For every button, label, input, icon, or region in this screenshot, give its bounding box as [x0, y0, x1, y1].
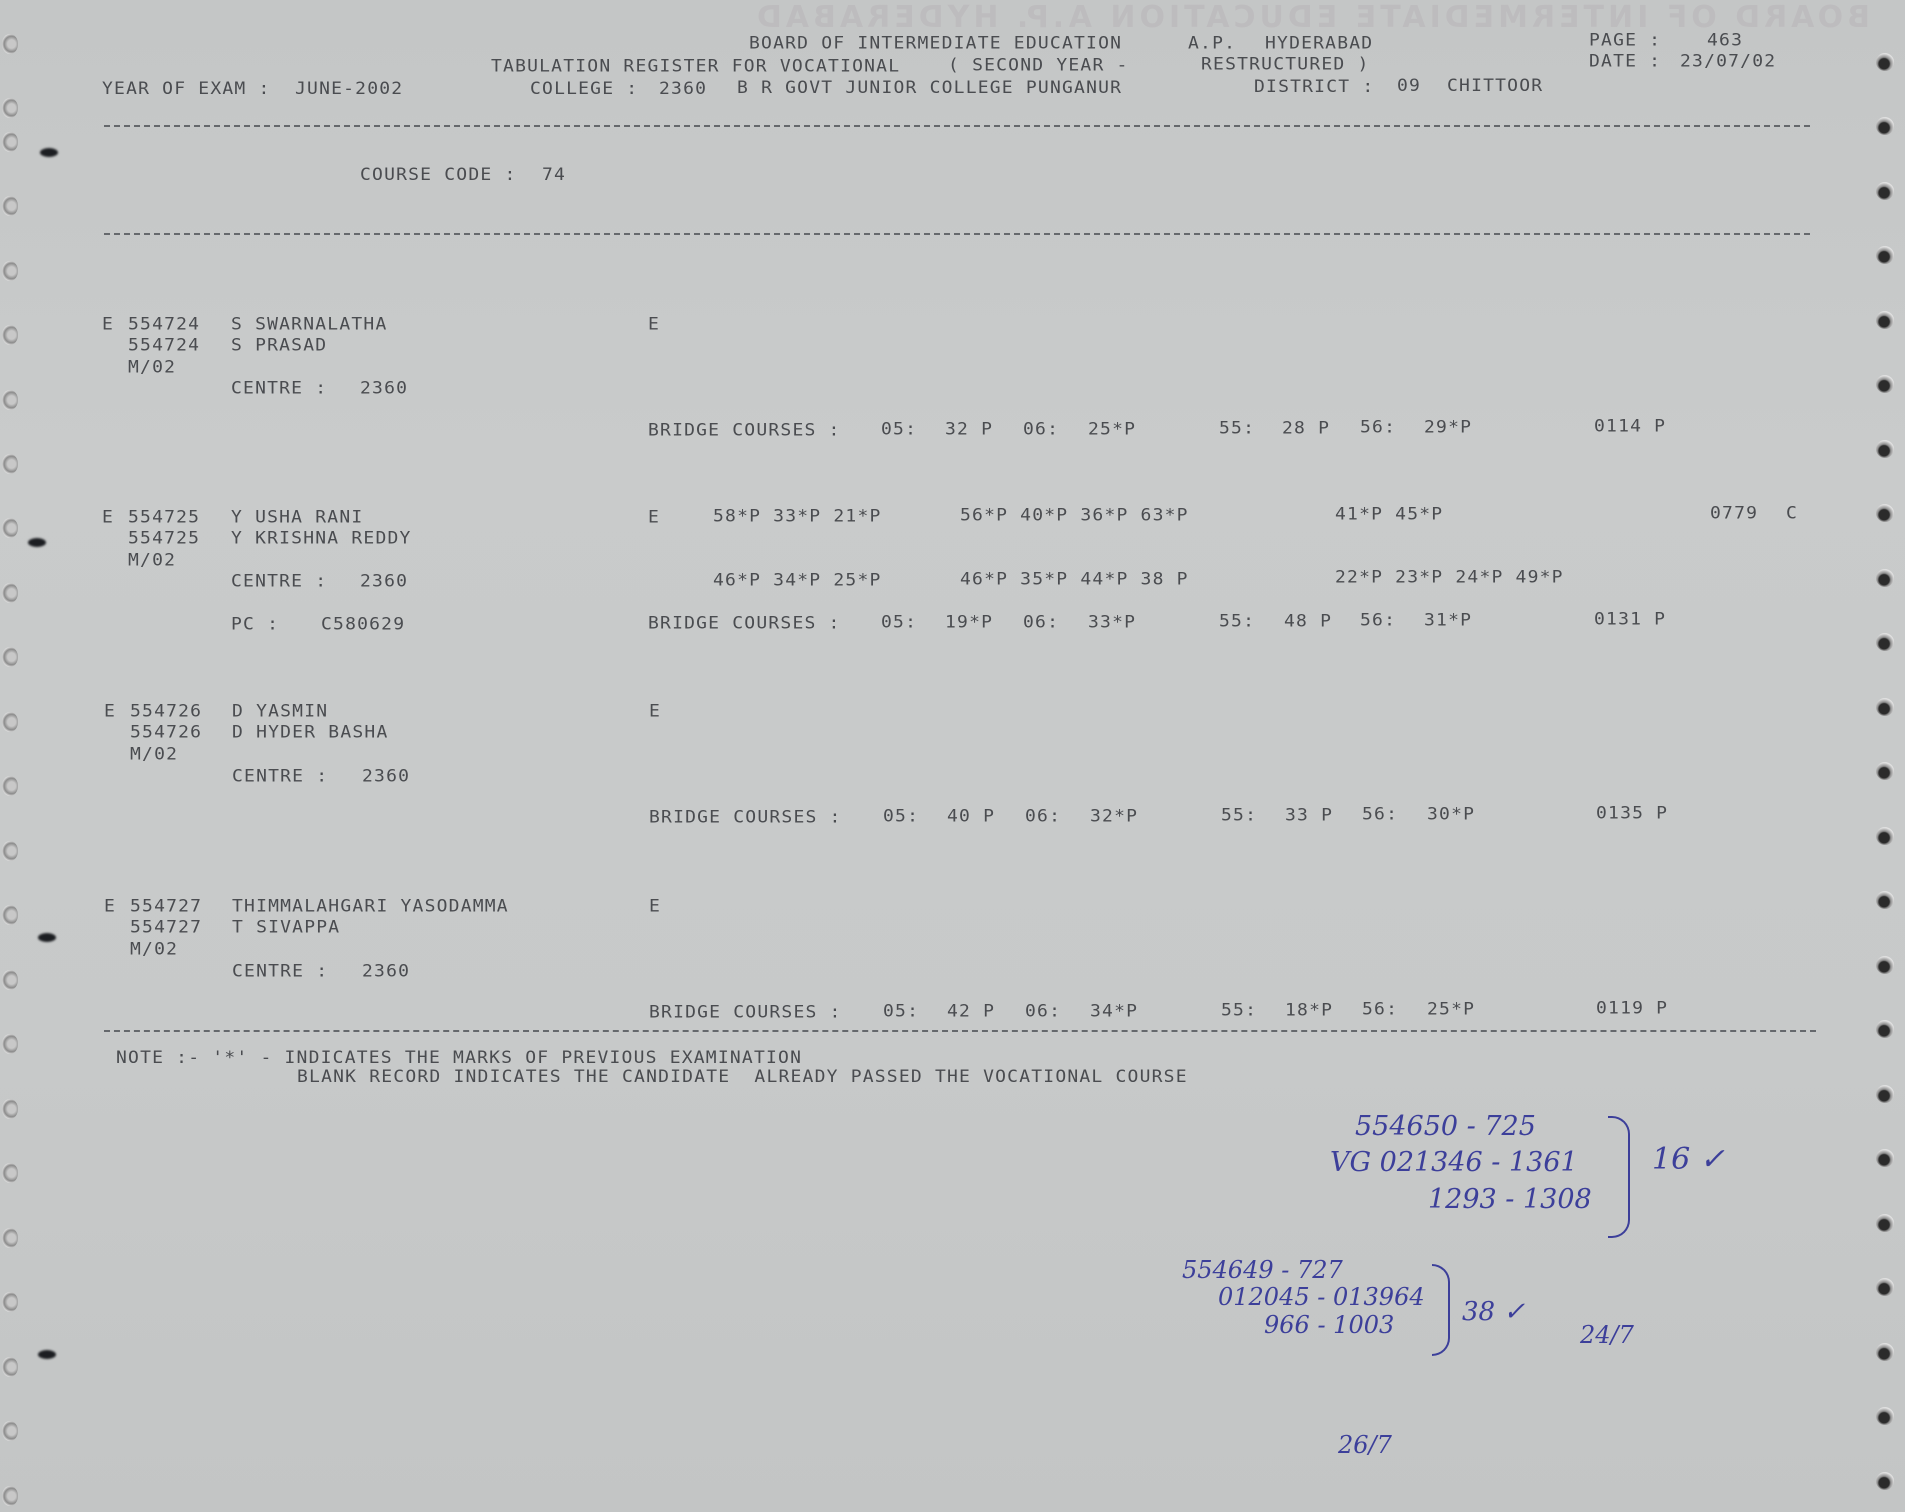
- result: C: [1786, 504, 1798, 525]
- ink-smudge: [38, 933, 56, 942]
- restructured: RESTRUCTURED ): [1201, 55, 1370, 76]
- centre-code: 2360: [360, 572, 408, 593]
- college-name: B R GOVT JUNIOR COLLEGE PUNGANUR: [737, 78, 1122, 99]
- year-of-exam: JUNE-2002: [295, 79, 403, 100]
- medium: E: [648, 508, 660, 529]
- bridge-code: 05:: [883, 807, 919, 828]
- ink-smudge: [38, 1350, 56, 1359]
- parent-number: 554727: [130, 918, 202, 939]
- record-flag: E: [104, 702, 116, 723]
- bridge-mark: 25*P: [1427, 1000, 1475, 1021]
- parent-number: 554725: [128, 529, 200, 550]
- college-label: COLLEGE :: [530, 79, 638, 100]
- bridge-code: 55:: [1221, 1001, 1257, 1022]
- bridge-courses-label: BRIDGE COURSES :: [649, 808, 842, 829]
- parent-number: 554726: [130, 723, 202, 744]
- centre-code: 2360: [360, 379, 408, 400]
- bridge-mark: 32 P: [945, 420, 993, 441]
- handwritten-brace: [1608, 1116, 1630, 1238]
- candidate-name: S SWARNALATHA: [231, 315, 387, 336]
- record-flag: E: [104, 897, 116, 918]
- hall-ticket-number: 554724: [128, 315, 200, 336]
- bridge-code: 55:: [1219, 419, 1255, 440]
- handwritten-initials: 24/7: [1580, 1320, 1634, 1350]
- bridge-mark: 29*P: [1424, 418, 1472, 439]
- bridge-code: 56:: [1362, 1000, 1398, 1021]
- bridge-code: 06:: [1023, 613, 1059, 634]
- course-code: 74: [542, 165, 566, 186]
- handwritten-range: 554650 - 725: [1355, 1112, 1536, 1142]
- medium: E: [648, 315, 660, 336]
- hall-ticket-number: 554727: [130, 897, 202, 918]
- hall-ticket-number: 554726: [130, 702, 202, 723]
- centre-code: 2360: [362, 962, 410, 983]
- marks-group: 22*P 23*P 24*P 49*P: [1335, 568, 1564, 589]
- page-label: PAGE :: [1589, 31, 1661, 52]
- marks-group: 58*P 33*P 21*P: [713, 507, 882, 528]
- handwritten-count: 16 ✓: [1652, 1145, 1725, 1175]
- exam-session: M/02: [130, 940, 178, 961]
- bridge-code: 56:: [1362, 805, 1398, 826]
- parent-name: S PRASAD: [231, 336, 327, 357]
- date-label: DATE :: [1589, 52, 1661, 73]
- grand-total: 0779: [1710, 504, 1758, 525]
- footnote-line-1: NOTE :- '*' - INDICATES THE MARKS OF PRE…: [116, 1048, 802, 1069]
- handwritten-range: 1293 - 1308: [1428, 1185, 1592, 1215]
- pc-label: PC :: [231, 615, 279, 636]
- bridge-mark: 42 P: [947, 1002, 995, 1023]
- year-of-exam-label: YEAR OF EXAM :: [102, 79, 271, 100]
- exam-session: M/02: [130, 745, 178, 766]
- marks-group: 56*P 40*P 36*P 63*P: [960, 506, 1189, 527]
- candidate-name: THIMMALAHGARI YASODAMMA: [232, 897, 509, 918]
- district-name: CHITTOOR: [1447, 76, 1543, 97]
- exam-session: M/02: [128, 551, 176, 572]
- parent-name: D HYDER BASHA: [232, 723, 388, 744]
- bridge-mark: 34*P: [1090, 1002, 1138, 1023]
- bridge-mark: 32*P: [1090, 807, 1138, 828]
- bridge-mark: 19*P: [945, 613, 993, 634]
- bridge-code: 06:: [1025, 1002, 1061, 1023]
- bridge-courses-label: BRIDGE COURSES :: [649, 1003, 842, 1024]
- marks-group: 41*P 45*P: [1335, 505, 1443, 526]
- district-code: 09: [1397, 76, 1421, 97]
- parent-name: T SIVAPPA: [232, 918, 340, 939]
- exam-session: M/02: [128, 358, 176, 379]
- bridge-courses-label: BRIDGE COURSES :: [648, 614, 841, 635]
- marks-group: 46*P 34*P 25*P: [713, 571, 882, 592]
- handwritten-brace: [1432, 1264, 1450, 1356]
- handwritten-range: 966 - 1003: [1264, 1310, 1394, 1340]
- course-code-label: COURSE CODE :: [360, 165, 516, 186]
- candidate-name: D YASMIN: [232, 702, 328, 723]
- hall-ticket-number: 554725: [128, 508, 200, 529]
- district-label: DISTRICT :: [1254, 77, 1374, 98]
- bridge-total: 0131 P: [1594, 610, 1666, 631]
- ink-smudge: [40, 148, 58, 157]
- bridge-code: 56:: [1360, 611, 1396, 632]
- date-value: 23/07/02: [1680, 52, 1776, 73]
- year-type: ( SECOND YEAR -: [948, 56, 1129, 77]
- bridge-code: 05:: [881, 613, 917, 634]
- ink-smudge: [28, 538, 46, 547]
- bridge-total: 0119 P: [1596, 999, 1668, 1020]
- candidate-name: Y USHA RANI: [231, 508, 363, 529]
- pc-number: C580629: [321, 615, 405, 636]
- bridge-mark: 33*P: [1088, 613, 1136, 634]
- parent-number: 554724: [128, 336, 200, 357]
- medium: E: [649, 702, 661, 723]
- handwritten-range: VG 021346 - 1361: [1330, 1148, 1578, 1178]
- record-flag: E: [102, 508, 114, 529]
- page-number: 463: [1707, 31, 1743, 52]
- marks-group: 46*P 35*P 44*P 38 P: [960, 570, 1189, 591]
- medium: E: [649, 897, 661, 918]
- bridge-code: 55:: [1221, 806, 1257, 827]
- bridge-mark: 48 P: [1284, 612, 1332, 633]
- bridge-code: 06:: [1023, 420, 1059, 441]
- board-title: BOARD OF INTERMEDIATE EDUCATION: [749, 34, 1122, 55]
- bridge-mark: 40 P: [947, 807, 995, 828]
- city: HYDERABAD: [1265, 34, 1373, 55]
- centre-label: CENTRE :: [232, 962, 328, 983]
- state: A.P.: [1188, 34, 1236, 55]
- college-code: 2360: [659, 79, 707, 100]
- record-flag: E: [102, 315, 114, 336]
- bridge-code: 06:: [1025, 807, 1061, 828]
- bridge-mark: 18*P: [1285, 1001, 1333, 1022]
- centre-label: CENTRE :: [232, 767, 328, 788]
- bridge-code: 56:: [1360, 418, 1396, 439]
- footnote-line-2: BLANK RECORD INDICATES THE CANDIDATE ALR…: [297, 1067, 1188, 1088]
- handwritten-range: 012045 - 013964: [1218, 1282, 1425, 1312]
- bridge-mark: 25*P: [1088, 420, 1136, 441]
- parent-name: Y KRISHNA REDDY: [231, 529, 412, 550]
- handwritten-initials: 26/7: [1338, 1430, 1392, 1460]
- bleed-through-text: BOARD OF INTERMEDIATE EDUCATION A.P. HYD…: [620, 0, 1870, 30]
- handwritten-range: 554649 - 727: [1182, 1255, 1343, 1285]
- bridge-code: 05:: [883, 1002, 919, 1023]
- centre-code: 2360: [362, 767, 410, 788]
- centre-label: CENTRE :: [231, 572, 327, 593]
- bridge-total: 0114 P: [1594, 417, 1666, 438]
- divider: [104, 125, 1810, 127]
- bridge-courses-label: BRIDGE COURSES :: [648, 421, 841, 442]
- bridge-mark: 33 P: [1285, 806, 1333, 827]
- bridge-total: 0135 P: [1596, 804, 1668, 825]
- bridge-code: 55:: [1219, 612, 1255, 633]
- divider: [104, 233, 1810, 235]
- bridge-code: 05:: [881, 420, 917, 441]
- bridge-mark: 31*P: [1424, 611, 1472, 632]
- handwritten-count: 38 ✓: [1462, 1297, 1525, 1327]
- bridge-mark: 30*P: [1427, 805, 1475, 826]
- divider: [104, 1030, 1816, 1032]
- centre-label: CENTRE :: [231, 379, 327, 400]
- register-title: TABULATION REGISTER FOR VOCATIONAL: [491, 57, 900, 78]
- bridge-mark: 28 P: [1282, 419, 1330, 440]
